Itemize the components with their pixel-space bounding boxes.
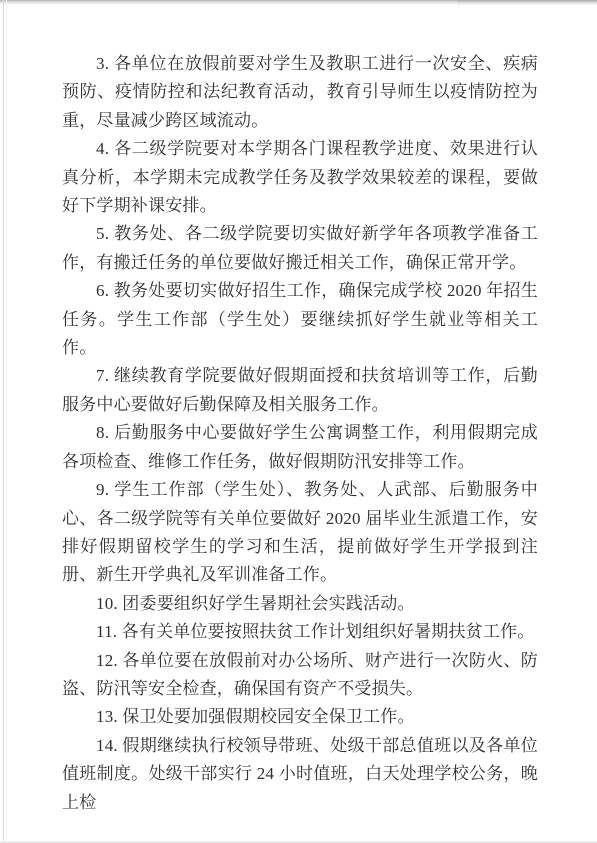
paragraph-item-9: 9. 学生工作部（学生处）、教务处、人武部、后勤服务中心、各二级学院等有关单位要… — [62, 476, 538, 590]
paragraph-item-10: 10. 团委要组织好学生暑期社会实践活动。 — [62, 590, 538, 618]
page-top-right-edge-shadow — [457, 0, 597, 6]
paragraph-item-6: 6. 教务处要切实做好招生工作，确保完成学校 2020 年招生任务。学生工作部（… — [62, 277, 538, 362]
paragraph-item-13: 13. 保卫处要加强假期校园安全保卫工作。 — [62, 703, 538, 731]
document-body: 3. 各单位在放假前要对学生及教职工进行一次安全、疾病预防、疫情防控和法纪教育活… — [62, 50, 538, 817]
paragraph-item-8: 8. 后勤服务中心要做好学生公寓调整工作，利用假期完成各项检查、维修工作任务，做… — [62, 419, 538, 476]
paragraph-item-12: 12. 各单位要在放假前对办公场所、财产进行一次防火、防盗、防汛等安全检查，确保… — [62, 647, 538, 704]
paragraph-item-5: 5. 教务处、各二级学院要切实做好新学年各项教学准备工作，有搬迁任务的单位要做好… — [62, 220, 538, 277]
page-left-edge-line-faint — [6, 0, 7, 843]
document-page: 3. 各单位在放假前要对学生及教职工进行一次安全、疾病预防、疫情防控和法纪教育活… — [0, 0, 597, 843]
paragraph-item-14: 14. 假期继续执行校领导带班、处级干部总值班以及各单位值班制度。处级干部实行 … — [62, 732, 538, 817]
paragraph-item-11: 11. 各有关单位要按照扶贫工作计划组织好暑期扶贫工作。 — [62, 618, 538, 646]
page-left-edge-line — [3, 0, 4, 843]
paragraph-item-7: 7. 继续教育学院要做好假期面授和扶贫培训等工作，后勤服务中心要做好后勤保障及相… — [62, 362, 538, 419]
paragraph-item-3: 3. 各单位在放假前要对学生及教职工进行一次安全、疾病预防、疫情防控和法纪教育活… — [62, 50, 538, 135]
paragraph-item-4: 4. 各二级学院要对本学期各门课程教学进度、效果进行认真分析，本学期未完成教学任… — [62, 135, 538, 220]
